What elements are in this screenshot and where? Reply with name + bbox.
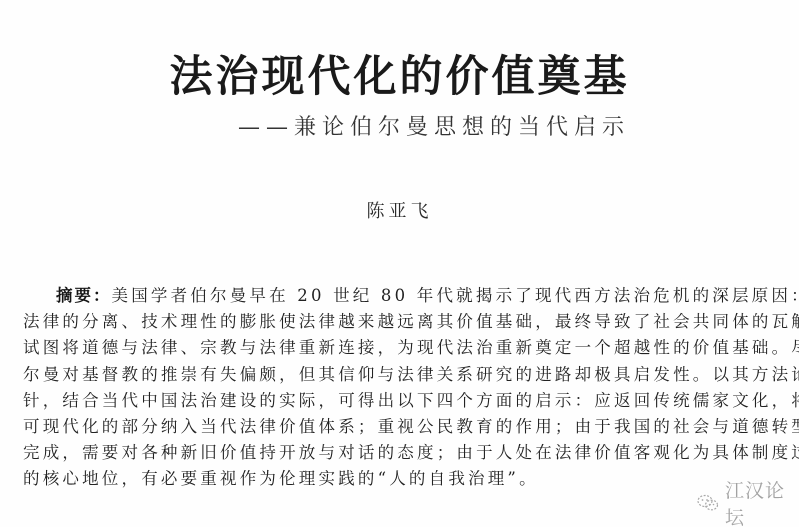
abstract-line: 法律的分离、技术理性的膨胀使法律越来越远离其价值基础，最终导致了社会共同体的瓦解…: [23, 309, 781, 335]
article-subtitle: ——兼论伯尔曼思想的当代启示: [238, 113, 630, 143]
abstract-line: 的核心地位，有必要重视作为伦理实践的“人的自我治理”。: [23, 466, 781, 492]
article-title: 法治现代化的价值奠基: [0, 52, 799, 102]
abstract-line: 完成，需要对各种新旧价值持开放与对话的态度；由于人处在法律价值客观化为具体制度过…: [23, 440, 781, 466]
abstract-section: 摘要：美国学者伯尔曼早在 20 世纪 80 年代就揭示了现代西方法治危机的深层原…: [23, 283, 781, 493]
abstract-text: 美国学者伯尔曼早在 20 世纪 80 年代就揭示了现代西方法治危机的深层原因：道…: [112, 286, 799, 305]
abstract-line: 尔曼对基督教的推崇有失偏颇，但其信仰与法律关系研究的进路却极具启发性。以其方法论…: [23, 362, 781, 388]
abstract-line: 针，结合当代中国法治建设的实际，可得出以下四个方面的启示：应返回传统儒家文化，将…: [23, 388, 781, 414]
watermark-text: 江汉论坛: [725, 476, 799, 527]
article-author: 陈亚飞: [0, 200, 799, 224]
abstract-line: 试图将道德与法律、宗教与法律重新连接，为现代法治重新奠定一个超越性的价值基础。尽…: [23, 335, 781, 361]
abstract-line: 摘要：美国学者伯尔曼早在 20 世纪 80 年代就揭示了现代西方法治危机的深层原…: [23, 283, 781, 309]
source-watermark: 江汉论坛: [697, 476, 799, 527]
wechat-icon: [697, 494, 719, 512]
document-page: 法治现代化的价值奠基 ——兼论伯尔曼思想的当代启示 陈亚飞 摘要：美国学者伯尔曼…: [0, 0, 799, 527]
abstract-label: 摘要：: [56, 286, 112, 305]
abstract-line: 可现代化的部分纳入当代法律价值体系；重视公民教育的作用；由于我国的社会与道德转型…: [23, 414, 781, 440]
